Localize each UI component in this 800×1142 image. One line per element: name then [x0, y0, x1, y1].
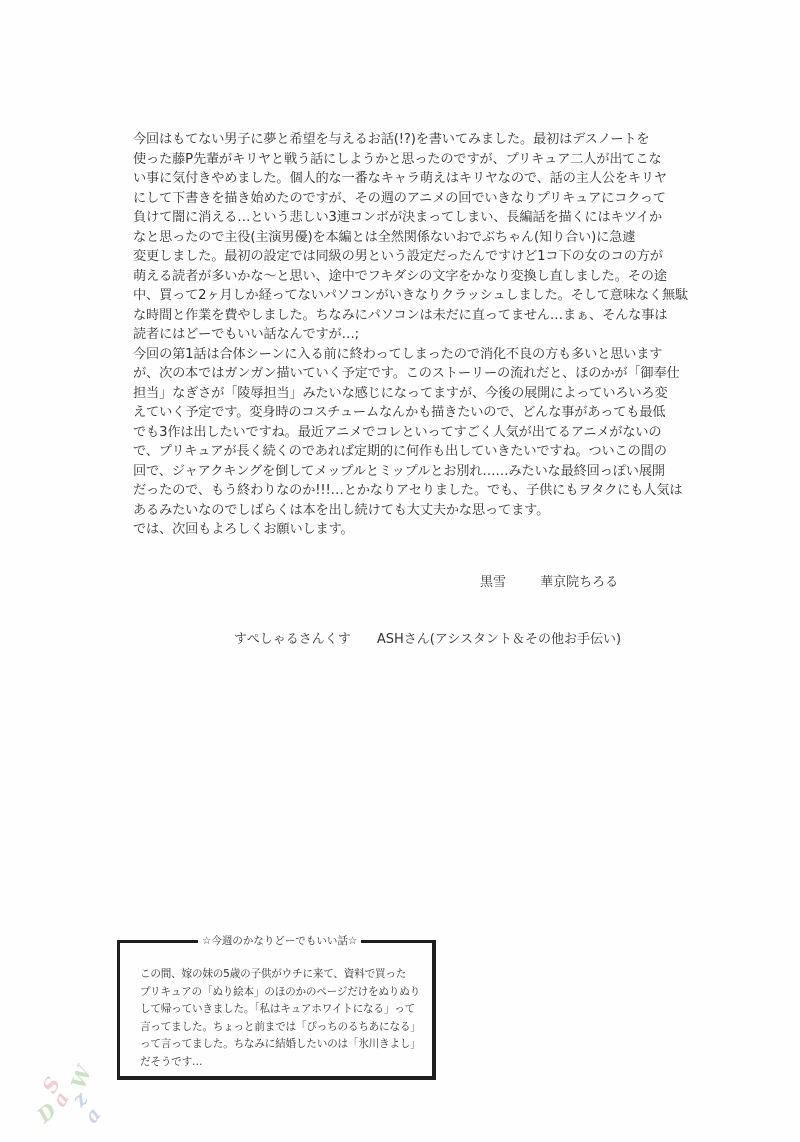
- afterword-line: 回で、ジャアクキングを倒してメップルとミップルとお別れ……みたいな最終回っぽい展…: [133, 462, 653, 482]
- special-thanks-label: すぺしゃるさんくす: [234, 632, 351, 647]
- special-thanks: すぺしゃるさんくす ASHさん(アシスタント＆その他お手伝い): [234, 628, 621, 647]
- afterword-line: では、次回もよろしくお願いします。: [133, 520, 653, 540]
- afterword-line: だったので、もう終わりなのか!!!…とかなりアセりました。でも、子供にもヲタクに…: [133, 481, 653, 501]
- afterword-line: 中、買って2ヶ月しか経ってないパソコンがいきなりクラッシュしました。そして意味な…: [133, 286, 653, 306]
- afterword-text: 今回はもてない男子に夢と希望を与えるお話(!?)を書いてみました。最初はデスノー…: [133, 130, 653, 540]
- afterword-line: 使った藤P先輩がキリヤと戦う話にしようかと思ったのですが、プリキュア二人が出てこ…: [133, 150, 653, 170]
- trivia-line: って言ってました。ちなみに結婚したいのは「氷川きよし」: [140, 1036, 420, 1054]
- author-name: 華京院ちろる: [540, 575, 618, 590]
- afterword-line: えていく予定です。変身時のコスチュームなんかも描きたいので、どんな事があっても最…: [133, 403, 653, 423]
- afterword-line: にして下書きを描き始めたのですが、その週のアニメの回でいきなりプリキュアにコクっ…: [133, 189, 653, 209]
- afterword-line: 読者にはどーでもいい話なんですが…;: [133, 325, 653, 345]
- trivia-line: 言ってました。ちょっと前までは「ぴっちのるちあになる」: [140, 1019, 420, 1037]
- trivia-line: だそうです…: [140, 1054, 420, 1072]
- afterword-line: 今回の第1話は合体シーンに入る前に終わってしまったので消化不良の方も多いと思いま…: [133, 345, 653, 365]
- afterword-line: 変更しました。最初の設定では同級の男という設定だったんですけど1コ下の女のコの方…: [133, 247, 653, 267]
- afterword-line: なと思ったので主役(主演男優)を本編とは全然関係ないおでぶちゃん(知り合い)に急…: [133, 228, 653, 248]
- trivia-line: して帰っていきました。「私はキュアホワイトになる」って: [140, 1001, 420, 1019]
- trivia-line: プリキュアの「ぬり絵本」のほのかのページだけをぬりぬり: [140, 984, 420, 1002]
- special-thanks-credit: ASHさん(アシスタント＆その他お手伝い): [377, 632, 621, 647]
- afterword-line: あるみたいなのでしばらくは本を出し続けても大丈夫かな思ってます。: [133, 501, 653, 521]
- trivia-body: この間、嫁の妹の5歳の子供がウチに来て、資料で買った プリキュアの「ぬり絵本」の…: [140, 966, 420, 1072]
- signature: 黒雪 華京院ちろる: [480, 571, 618, 590]
- afterword-line: 今回はもてない男子に夢と希望を与えるお話(!?)を書いてみました。最初はデスノー…: [133, 130, 653, 150]
- trivia-line: この間、嫁の妹の5歳の子供がウチに来て、資料で買った: [140, 966, 420, 984]
- scanned-page: 今回はもてない男子に夢と希望を与えるお話(!?)を書いてみました。最初はデスノー…: [0, 0, 800, 1142]
- afterword-line: 担当」なぎさが「陵辱担当」みたいな感じになってますが、今後の展開によっていろいろ…: [133, 384, 653, 404]
- watermark-letter: W: [66, 1062, 96, 1091]
- watermark-letter: a: [79, 1102, 106, 1127]
- afterword-line: で、プリキュアが長く続くのであれば定期的に何作も出していきたいですね。ついこの間…: [133, 442, 653, 462]
- afterword-line: が、次の本ではガンガン描いていく予定です。このストーリーの流れだと、ほのかが「御…: [133, 364, 653, 384]
- watermark-logo: S a W D z a: [34, 1065, 114, 1135]
- afterword-line: な時間と作業を費やしました。ちなみにパソコンは未だに直ってません…まぁ、そんな事…: [133, 306, 653, 326]
- trivia-box: ☆今週のかなりどーでもいい話☆ この間、嫁の妹の5歳の子供がウチに来て、資料で買…: [117, 940, 436, 1080]
- trivia-title: ☆今週のかなりどーでもいい話☆: [198, 933, 361, 949]
- afterword-line: でも3作は出したいですね。最近アニメでコレといってすごく人気が出てるアニメがない…: [133, 423, 653, 443]
- circle-name: 黒雪: [480, 575, 506, 590]
- afterword-line: 萌える読者が多いかな～と思い、途中でフキダシの文字をかなり変換し直しました。その…: [133, 267, 653, 287]
- afterword-line: 負けて闇に消える…という悲しい3連コンボが決まってしまい、長編話を描くにはキツイ…: [133, 208, 653, 228]
- afterword-line: い事に気付きやめました。個人的な一番なキャラ萌えはキリヤなので、話の主人公をキリ…: [133, 169, 653, 189]
